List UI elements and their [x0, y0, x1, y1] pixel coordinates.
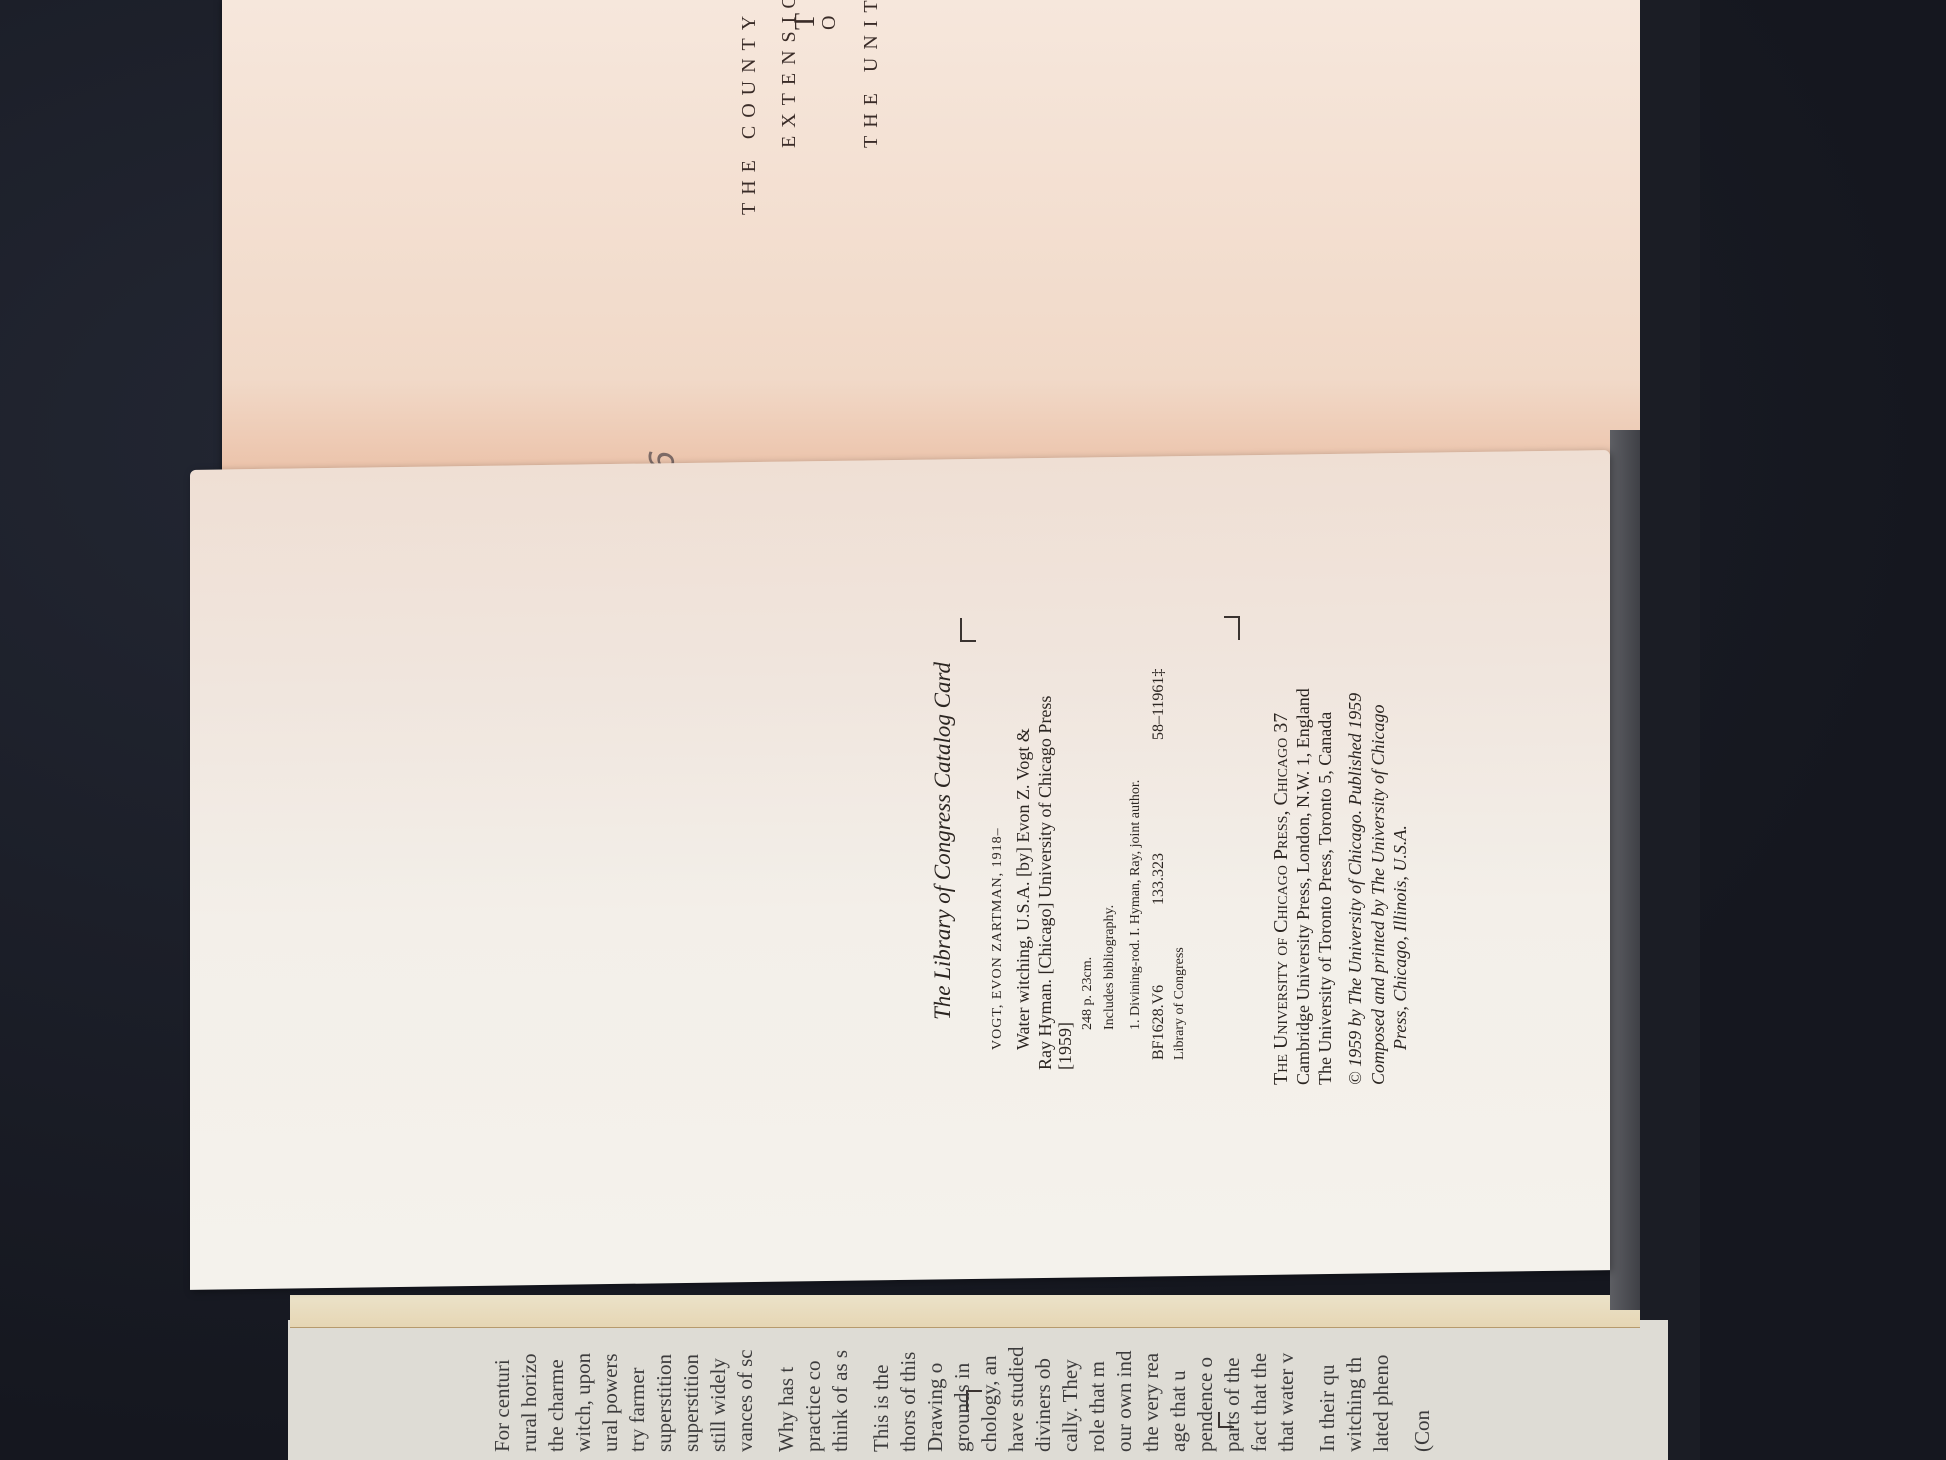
body-text-line: ural powers	[600, 1353, 621, 1452]
catalog-collation: 248 p. 23cm.	[1080, 957, 1096, 1030]
body-text-line: practice co	[803, 1360, 824, 1452]
body-text-line: the very rea	[1141, 1353, 1162, 1452]
imprint-line-2: Cambridge University Press, London, N.W.…	[1293, 688, 1314, 1085]
body-text-line: superstition	[681, 1354, 702, 1452]
catalog-note: Includes bibliography.	[1102, 905, 1118, 1030]
catalog-author: VOGT, EVON ZARTMAN, 1918–	[990, 827, 1006, 1050]
body-text-line: fact that the	[1249, 1353, 1270, 1452]
body-text-line: parts of the	[1222, 1358, 1243, 1452]
body-text-line: role that m	[1087, 1361, 1108, 1452]
catalog-title-line-3: [1959]	[1055, 1022, 1076, 1070]
body-text-line: witch, upon	[573, 1353, 594, 1452]
body-text-line: pendence o	[1195, 1357, 1216, 1452]
body-text-line: age that u	[1168, 1370, 1189, 1452]
catalog-dewey: 133.323	[1150, 853, 1168, 905]
catalog-title-line-2: Ray Hyman. [Chicago] University of Chica…	[1035, 696, 1056, 1070]
title-page-line-5: THE UNIT	[860, 0, 883, 148]
copyright-line-3: Press, Chicago, Illinois, U.S.A.	[1390, 825, 1411, 1050]
title-page-line-3: EXTENSIO	[778, 0, 801, 148]
page-edge-strip	[290, 1295, 1640, 1328]
body-text-line: cally. They	[1060, 1359, 1081, 1452]
catalog-call-number: BF1628.V6	[1150, 985, 1168, 1060]
body-text-line: rural horizo	[519, 1353, 540, 1452]
title-page-line-4: O	[818, 8, 841, 30]
body-text-line: try farmer	[627, 1367, 648, 1452]
catalog-subjects: 1. Divining-rod. I. Hyman, Ray, joint au…	[1128, 780, 1144, 1030]
catalog-title-line-1: Water witching, U.S.A. [by] Evon Z. Vogt…	[1013, 728, 1034, 1050]
bracket-top-left	[960, 618, 976, 642]
body-text-line: (Con	[1412, 1410, 1433, 1452]
bracket-top-right	[1224, 616, 1240, 640]
catalog-card-heading: The Library of Congress Catalog Card	[930, 662, 956, 1020]
page-stack-edge	[1610, 430, 1640, 1310]
body-text-line: the charme	[546, 1359, 567, 1452]
catalog-library: Library of Congress	[1172, 947, 1188, 1060]
body-text-line: chology, an	[979, 1355, 1000, 1452]
body-text-line: our own ind	[1114, 1351, 1135, 1453]
body-text-line: Why has t	[776, 1367, 797, 1452]
body-text-line: thors of this	[898, 1352, 919, 1452]
body-text-line: that water v	[1276, 1353, 1297, 1452]
catalog-card-number: 58–11961‡	[1150, 669, 1168, 740]
body-text-line: have studied	[1006, 1346, 1027, 1452]
body-text-line: vances of sc	[735, 1349, 756, 1452]
body-text-line: This is the	[871, 1365, 892, 1453]
body-text-line: superstition	[654, 1354, 675, 1452]
copyright-line-1: © 1959 by The University of Chicago. Pub…	[1345, 693, 1366, 1085]
body-text-line: Drawing o	[925, 1363, 946, 1452]
body-text-line: witching th	[1344, 1357, 1365, 1452]
imprint-line-3: The University of Toronto Press, Toronto…	[1315, 712, 1336, 1085]
page-edge-shadow	[1640, 0, 1700, 1460]
imprint-publisher: The University of Chicago Press, Chicago…	[1270, 713, 1293, 1085]
body-text-line: For centuri	[492, 1359, 513, 1452]
body-text-line: grounds in	[952, 1363, 973, 1452]
title-page-line-2: THE COUNTY A	[738, 0, 761, 215]
body-text-line: think of as s	[830, 1350, 851, 1452]
body-text-line: diviners ob	[1033, 1358, 1054, 1452]
copyright-line-2: Composed and printed by The University o…	[1368, 705, 1389, 1085]
body-text-line: lated pheno	[1371, 1355, 1392, 1452]
body-text-line: In their qu	[1317, 1365, 1338, 1452]
body-text-line: still widely	[708, 1358, 729, 1452]
